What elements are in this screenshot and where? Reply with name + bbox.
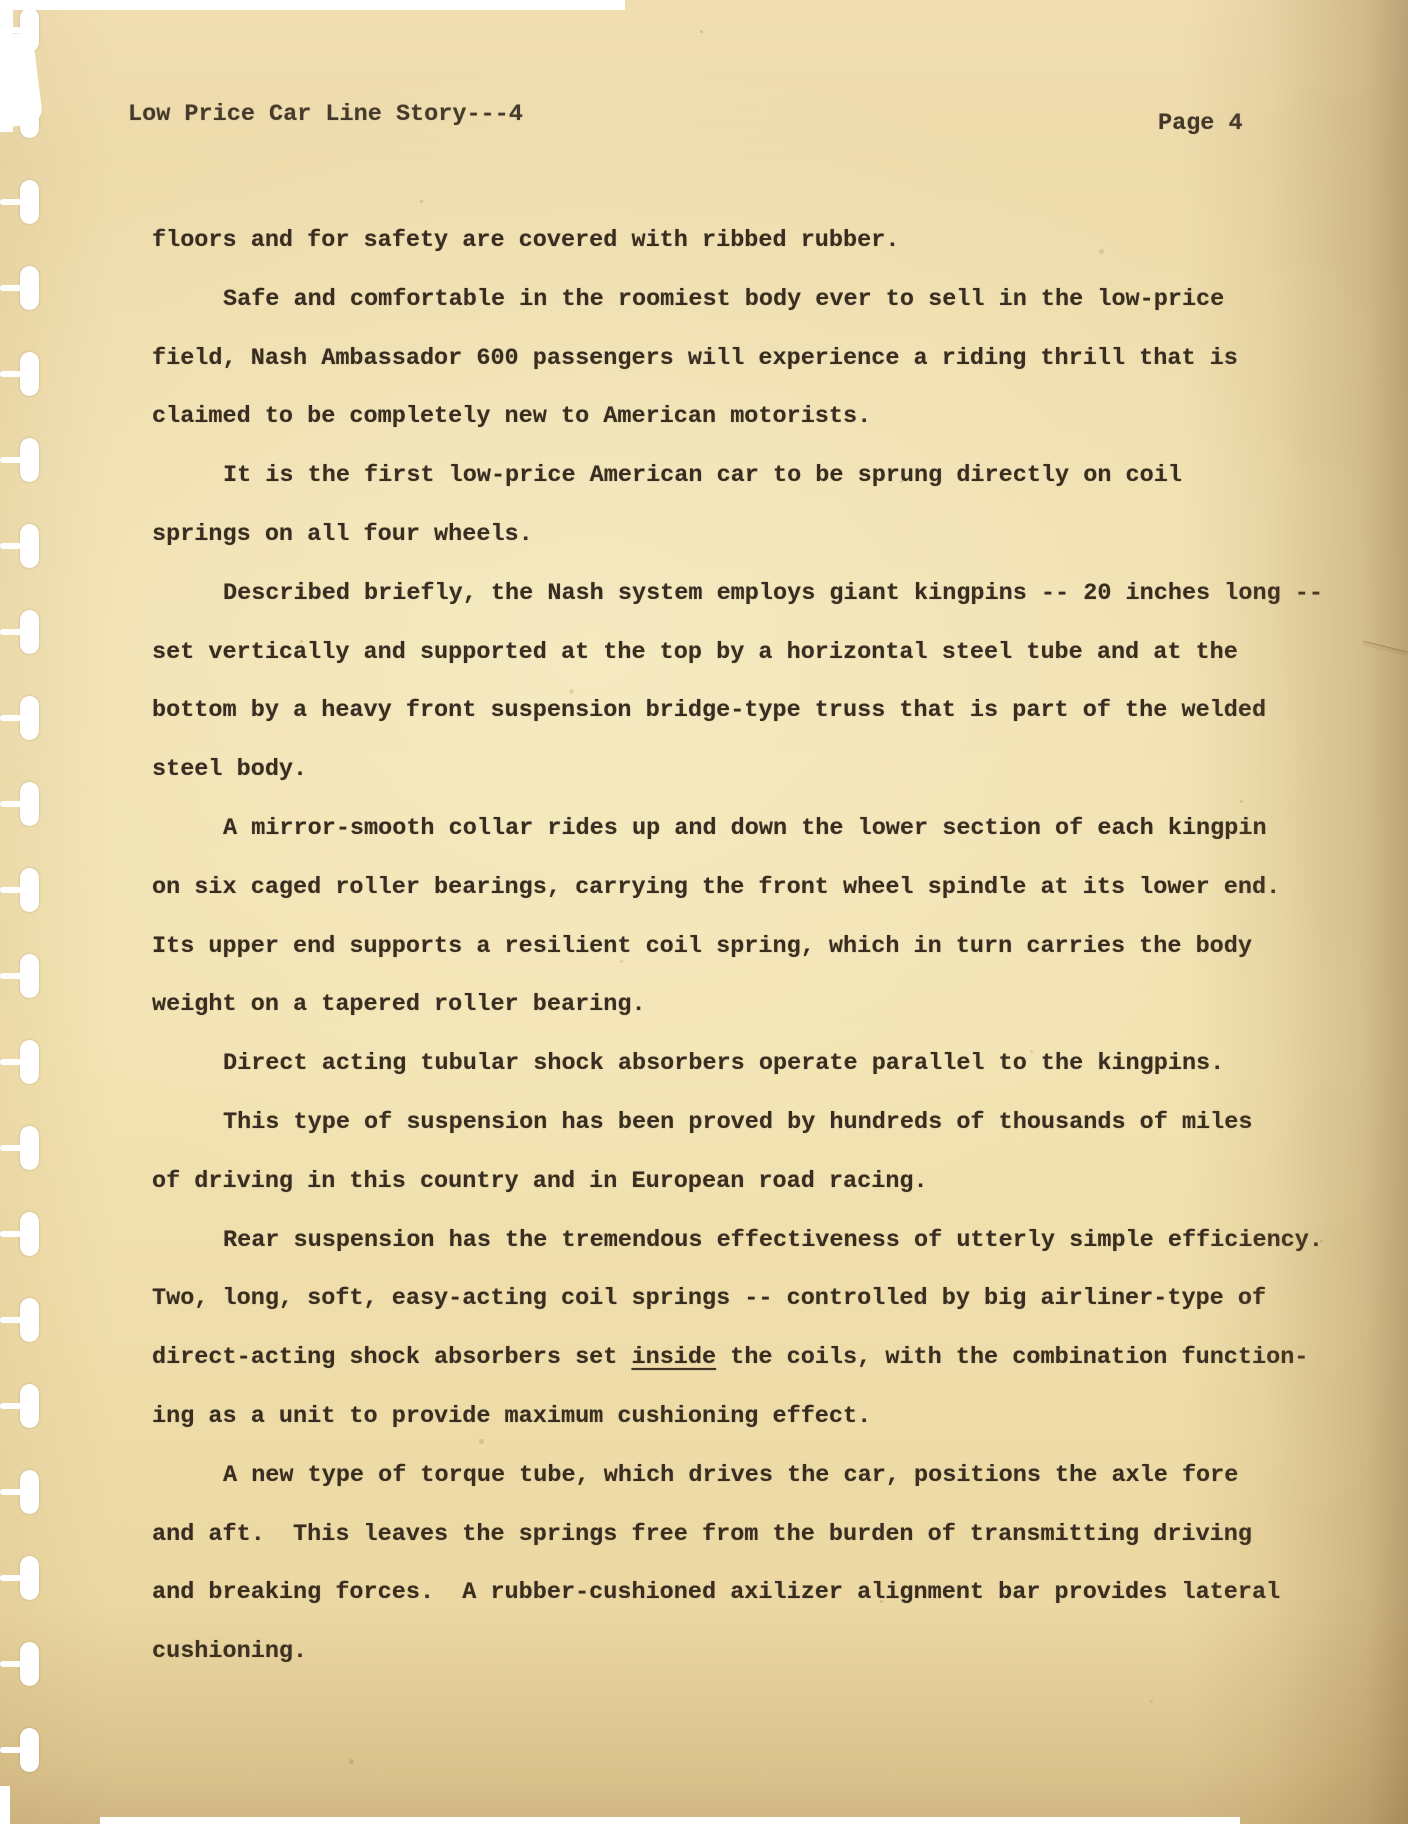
text-line: and aft. This leaves the springs free fr… xyxy=(152,1506,1323,1565)
scan-edge-bottom-left xyxy=(0,1786,10,1824)
binding-slit xyxy=(0,199,26,205)
text-segment: and aft. This leaves the springs free fr… xyxy=(152,1521,1252,1548)
binding-slit xyxy=(0,1575,26,1581)
binding-slit xyxy=(0,1145,26,1151)
text-segment: It is the first low-price American car t… xyxy=(223,462,1182,489)
text-segment: bottom by a heavy front suspension bridg… xyxy=(152,697,1266,724)
text-line: floors and for safety are covered with r… xyxy=(152,212,1323,271)
text-segment: of driving in this country and in Europe… xyxy=(152,1168,928,1195)
text-line: direct-acting shock absorbers set inside… xyxy=(152,1329,1323,1388)
scan-edge-top xyxy=(0,0,625,10)
binding-slit xyxy=(0,801,26,807)
binding-slit xyxy=(0,457,26,463)
text-line: cushioning. xyxy=(152,1623,1323,1682)
binding-slit xyxy=(0,1661,26,1667)
text-segment: weight on a tapered roller bearing. xyxy=(152,991,646,1018)
text-line: This type of suspension has been proved … xyxy=(152,1094,1323,1153)
text-line: ing as a unit to provide maximum cushion… xyxy=(152,1388,1323,1447)
text-line: Rear suspension has the tremendous effec… xyxy=(152,1212,1323,1271)
text-line: weight on a tapered roller bearing. xyxy=(152,976,1323,1035)
text-line: bottom by a heavy front suspension bridg… xyxy=(152,682,1323,741)
text-segment: This type of suspension has been proved … xyxy=(223,1109,1252,1136)
text-line: steel body. xyxy=(152,741,1323,800)
text-segment: direct-acting shock absorbers set xyxy=(152,1344,631,1371)
text-line: field, Nash Ambassador 600 passengers wi… xyxy=(152,330,1323,389)
scanned-page: Low Price Car Line Story---4 Page 4 floo… xyxy=(0,0,1408,1824)
text-line: A mirror-smooth collar rides up and down… xyxy=(152,800,1323,859)
text-line: springs on all four wheels. xyxy=(152,506,1323,565)
binding-slit xyxy=(0,1403,26,1409)
text-line: and breaking forces. A rubber-cushioned … xyxy=(152,1564,1323,1623)
text-segment: Described briefly, the Nash system emplo… xyxy=(223,580,1323,607)
text-segment: the coils, with the combination function… xyxy=(716,1344,1308,1371)
binding-slit xyxy=(0,543,26,549)
text-segment: ing as a unit to provide maximum cushion… xyxy=(152,1403,871,1430)
page-number: Page 4 xyxy=(1158,110,1243,137)
binding-slit xyxy=(0,1489,26,1495)
text-segment: Its upper end supports a resilient coil … xyxy=(152,933,1252,960)
binding-slit xyxy=(0,973,26,979)
binding-slit xyxy=(0,1231,26,1237)
text-segment: on six caged roller bearings, carrying t… xyxy=(152,874,1280,901)
text-line: A new type of torque tube, which drives … xyxy=(152,1447,1323,1506)
text-segment: Two, long, soft, easy-acting coil spring… xyxy=(152,1285,1266,1312)
underlined-word: inside xyxy=(631,1344,716,1371)
text-line: claimed to be completely new to American… xyxy=(152,388,1323,447)
text-line: of driving in this country and in Europe… xyxy=(152,1153,1323,1212)
text-segment: cushioning. xyxy=(152,1638,307,1665)
binding-slit xyxy=(0,371,26,377)
text-segment: A mirror-smooth collar rides up and down… xyxy=(223,815,1267,842)
text-segment: Rear suspension has the tremendous effec… xyxy=(223,1227,1323,1254)
text-line: Safe and comfortable in the roomiest bod… xyxy=(152,271,1323,330)
binding-slit xyxy=(0,887,26,893)
text-segment: set vertically and supported at the top … xyxy=(152,639,1238,666)
scan-edge-bottom xyxy=(100,1817,1240,1824)
text-segment: Direct acting tubular shock absorbers op… xyxy=(223,1050,1224,1077)
binding-slit xyxy=(0,285,26,291)
paper-sheet: Low Price Car Line Story---4 Page 4 floo… xyxy=(0,0,1408,1824)
text-line: set vertically and supported at the top … xyxy=(152,624,1323,683)
document-body: floors and for safety are covered with r… xyxy=(152,212,1323,1682)
text-segment: claimed to be completely new to American… xyxy=(152,403,871,430)
binding-slit xyxy=(0,1317,26,1323)
text-segment: floors and for safety are covered with r… xyxy=(152,227,899,254)
binding-slit xyxy=(0,1747,26,1753)
text-line: on six caged roller bearings, carrying t… xyxy=(152,859,1323,918)
text-line: Described briefly, the Nash system emplo… xyxy=(152,565,1323,624)
binding-slit xyxy=(0,1059,26,1065)
paper-speckles xyxy=(700,30,703,33)
binding-slit xyxy=(0,629,26,635)
running-title: Low Price Car Line Story---4 xyxy=(128,101,523,128)
text-line: Direct acting tubular shock absorbers op… xyxy=(152,1035,1323,1094)
text-segment: A new type of torque tube, which drives … xyxy=(223,1462,1238,1489)
text-segment: Safe and comfortable in the roomiest bod… xyxy=(223,286,1224,313)
paper-crease xyxy=(1362,641,1408,657)
text-segment: springs on all four wheels. xyxy=(152,521,533,548)
text-line: Two, long, soft, easy-acting coil spring… xyxy=(152,1270,1323,1329)
binding-slit xyxy=(0,715,26,721)
text-segment: field, Nash Ambassador 600 passengers wi… xyxy=(152,345,1238,372)
text-line: Its upper end supports a resilient coil … xyxy=(152,918,1323,977)
text-segment: steel body. xyxy=(152,756,307,783)
text-line: It is the first low-price American car t… xyxy=(152,447,1323,506)
text-segment: and breaking forces. A rubber-cushioned … xyxy=(152,1579,1280,1606)
